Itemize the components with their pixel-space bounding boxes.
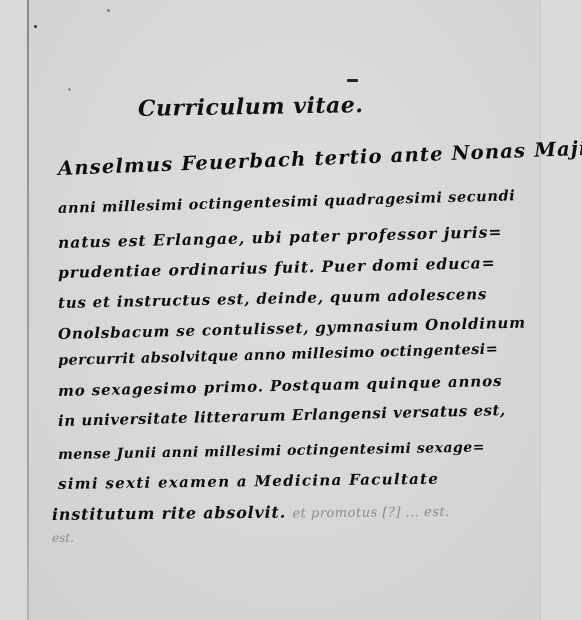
- text-line-10: mense Junii anni millesimi octingentesim…: [58, 440, 485, 463]
- pencil-annotation: et promotus [?] ... est.: [292, 505, 450, 522]
- text-line-7: percurrit absolvitque anno millesimo oct…: [58, 340, 499, 369]
- text-line-6: Onolsbacum se contulisset, gymnasium Ono…: [58, 314, 526, 343]
- pencil-continuation: est.: [52, 531, 74, 545]
- text-line-3: natus est Erlangae, ubi pater professor …: [58, 222, 503, 252]
- document-title: Curriculum vitae.: [138, 92, 364, 122]
- text-line-8: mo sexagesimo primo. Postquam quinque an…: [58, 372, 503, 400]
- text-line-2: anni millesimi octingentesimi quadragesi…: [58, 187, 516, 217]
- text-line-11: simi sexti examen a Medicina Facultate: [58, 470, 439, 493]
- text-line-4: prudentiae ordinarius fuit. Puer domi ed…: [58, 253, 496, 282]
- manuscript-page: Curriculum vitae. Anselmus Feuerbach ter…: [0, 0, 582, 620]
- text-line-9: in universitate litterarum Erlangensi ve…: [58, 401, 506, 430]
- text-line-12: institutum rite absolvit. et promotus [?…: [52, 501, 450, 524]
- final-ink-text: institutum rite absolvit.: [52, 503, 286, 524]
- text-line-5: tus et instructus est, deinde, quum adol…: [58, 285, 488, 312]
- text-line-1: Anselmus Feuerbach tertio ante Nonas Maj…: [58, 137, 582, 180]
